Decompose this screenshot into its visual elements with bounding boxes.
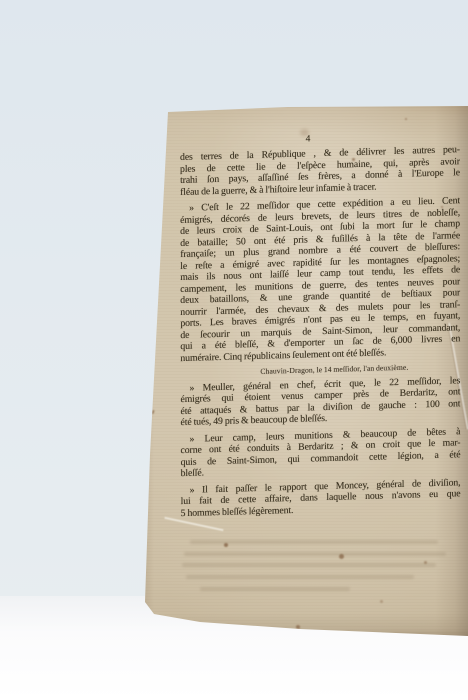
book-page: 4 des terres de la République , & de dél…: [138, 95, 468, 643]
ghost-text-line: [200, 587, 350, 591]
paragraph: » C'eſt le 22 meſſidor que cette expédit…: [180, 195, 460, 364]
ghost-text-line: [186, 575, 414, 579]
text-block: 4 des terres de la République , & de dél…: [180, 130, 461, 524]
paragraph: » Leur camp, leurs munitions & beaucoup …: [181, 426, 461, 480]
foxing-spot: [296, 625, 300, 629]
foxing-spot: [424, 561, 427, 564]
paragraph: des terres de la République , & de déliv…: [180, 144, 460, 198]
photo-background: 4 des terres de la République , & de dél…: [0, 0, 468, 700]
foxing-spot: [380, 600, 383, 603]
foxing-spot: [405, 118, 407, 120]
ghost-text-line: [184, 552, 446, 556]
foxing-spot: [339, 554, 344, 559]
ghost-text-line: [182, 563, 436, 567]
paragraph: » Il fait paſſer le rapport que Moncey, …: [181, 477, 461, 519]
text-line: Chauvin-Dragon, le 14 meſſidor, l'an deu…: [260, 361, 460, 376]
foxing-spot: [151, 410, 154, 414]
paragraph: » Meuller, général en chef, écrit que, l…: [180, 375, 460, 429]
foxing-spot: [224, 543, 228, 547]
